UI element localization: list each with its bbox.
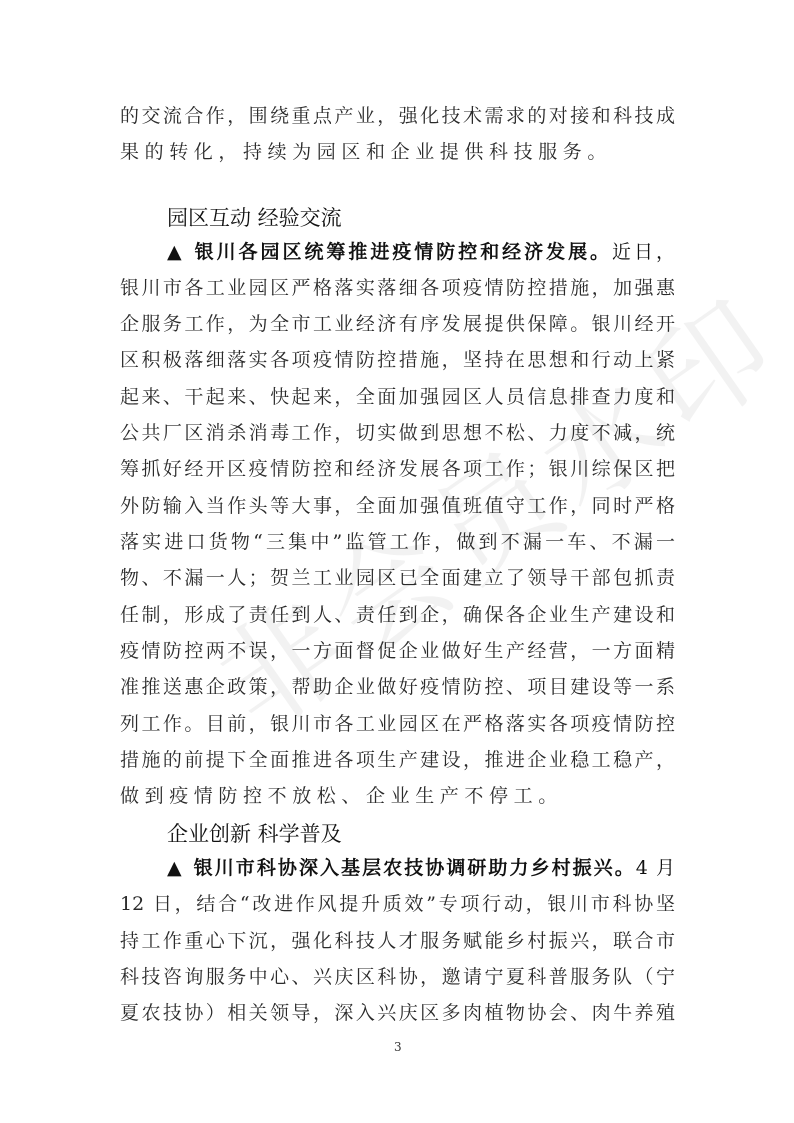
section-lead: ▲银川各园区统筹推进疫情防控和经济发展。近日， bbox=[167, 240, 675, 264]
lead-text: 近日， bbox=[612, 241, 675, 263]
body-line: 银川市各工业园区严格落实落细各项疫情防控措施，加强惠 bbox=[120, 276, 675, 300]
body-line: 区积极落细落实各项疫情防控措施，坚持在思想和行动上紧 bbox=[120, 348, 675, 372]
section-heading: 企业创新 科学普及 bbox=[167, 821, 342, 847]
intro-line: 的交流合作，围绕重点产业，强化技术需求的对接和科技成 bbox=[120, 104, 675, 128]
lead-text: 4 月 bbox=[636, 857, 675, 879]
lead-title: 银川各园区统筹推进疫情防控和经济发展。 bbox=[192, 241, 612, 263]
intro-line: 果的转化，持续为园区和企业提供科技服务。 bbox=[120, 140, 675, 164]
section-heading: 园区互动 经验交流 bbox=[167, 205, 342, 231]
body-line: 措施的前提下全面推进各项生产建设，推进企业稳工稳产， bbox=[120, 748, 675, 772]
body-line: 疫情防控两不误，一方面督促企业做好生产经营，一方面精 bbox=[120, 639, 675, 663]
body-line: 外防输入当作头等大事，全面加强值班值守工作，同时严格 bbox=[120, 494, 675, 518]
body-line: 落实进口货物“三集中”监管工作，做到不漏一车、不漏一 bbox=[120, 530, 675, 554]
lead-title: 银川市科协深入基层农技协调研助力乡村振兴。 bbox=[192, 857, 636, 879]
page-number: 3 bbox=[394, 1040, 402, 1054]
body-line: 12 日，结合“改进作风提升质效”专项行动，银川市科协坚 bbox=[120, 892, 675, 916]
body-line: 公共厂区消杀消毒工作，切实做到思想不松、力度不减，统 bbox=[120, 421, 675, 445]
body-line: 夏农技协）相关领导，深入兴庆区多肉植物协会、肉牛养殖 bbox=[120, 1001, 675, 1025]
body-line: 做到疫情防控不放松、企业生产不停工。 bbox=[120, 784, 675, 808]
body-line: 筹抓好经开区疫情防控和经济发展各项工作；银川综保区把 bbox=[120, 457, 675, 481]
body-line: 企服务工作，为全市工业经济有序发展提供保障。银川经开 bbox=[120, 312, 675, 336]
body-line: 持工作重心下沉，强化科技人才服务赋能乡村振兴，联合市 bbox=[120, 929, 675, 953]
triangle-icon: ▲ bbox=[167, 856, 182, 880]
document-page: 非会员水印 的交流合作，围绕重点产业，强化技术需求的对接和科技成 果的转化，持续… bbox=[0, 0, 794, 1123]
body-line: 列工作。目前，银川市各工业园区在严格落实各项疫情防控 bbox=[120, 712, 675, 736]
body-line: 科技咨询服务中心、兴庆区科协，邀请宁夏科普服务队（宁 bbox=[120, 965, 675, 989]
section-lead: ▲银川市科协深入基层农技协调研助力乡村振兴。4 月 bbox=[167, 856, 675, 880]
body-line: 准推送惠企政策，帮助企业做好疫情防控、项目建设等一系 bbox=[120, 675, 675, 699]
body-line: 任制，形成了责任到人、责任到企，确保各企业生产建设和 bbox=[120, 603, 675, 627]
body-line: 起来、干起来、快起来，全面加强园区人员信息排查力度和 bbox=[120, 385, 675, 409]
triangle-icon: ▲ bbox=[167, 240, 182, 264]
body-line: 物、不漏一人；贺兰工业园区已全面建立了领导干部包抓责 bbox=[120, 566, 675, 590]
